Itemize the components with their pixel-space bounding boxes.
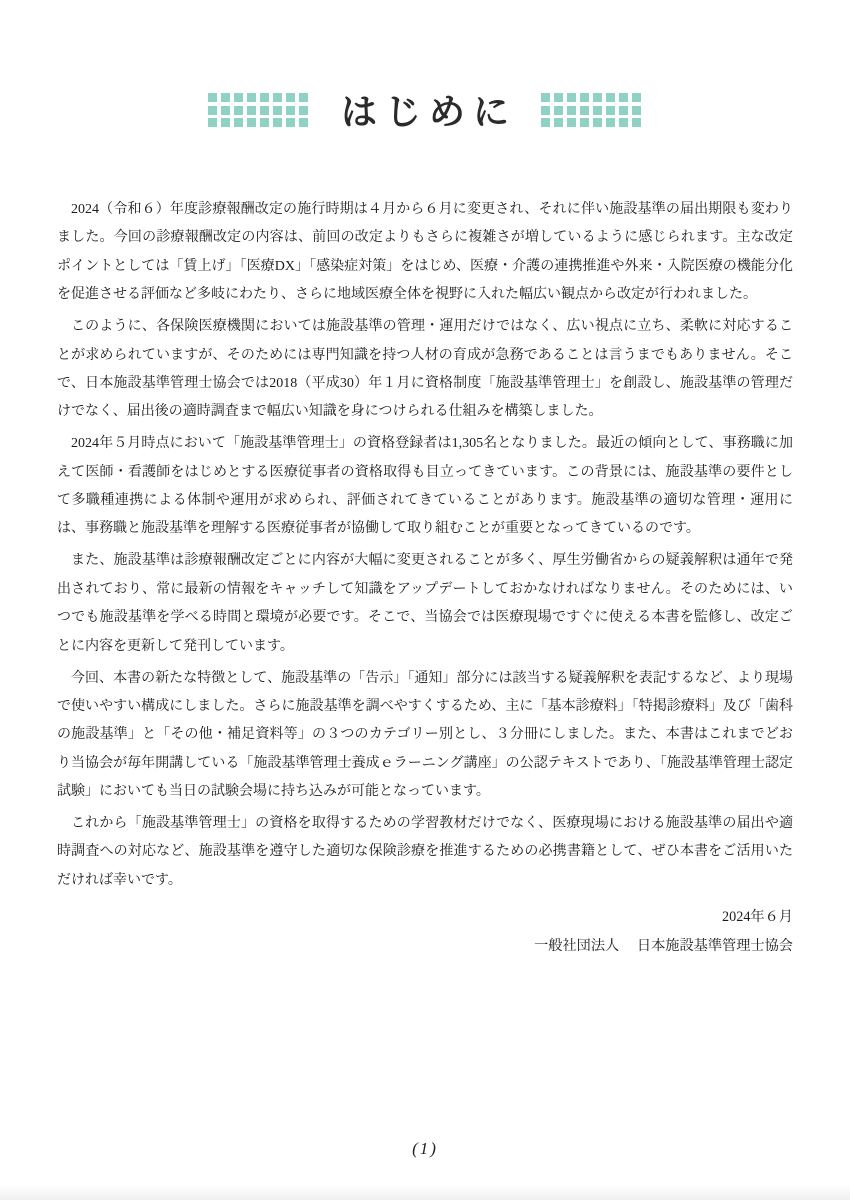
dot — [593, 106, 602, 115]
dot — [632, 118, 641, 127]
page-title: はじめに — [0, 89, 850, 135]
page-number: (1) — [0, 1139, 850, 1159]
dot — [606, 106, 615, 115]
dot — [632, 93, 641, 102]
body-text: 2024（令和６）年度診療報酬改定の施行時期は４月から６月に変更され、それに伴い… — [57, 196, 793, 960]
dot — [606, 118, 615, 127]
dot — [554, 118, 563, 127]
dot — [619, 93, 628, 102]
dot — [541, 93, 550, 102]
dot — [580, 93, 589, 102]
paragraph-2: このように、各保険医療機関においては施設基準の管理・運用だけではなく、広い視点に… — [57, 313, 793, 427]
dot — [593, 118, 602, 127]
dot — [567, 118, 576, 127]
paragraph-3: 2024年５月時点において「施設基準管理士」の資格登録者は1,305名となりまし… — [57, 430, 793, 544]
dot — [567, 93, 576, 102]
paragraph-6: これから「施設基準管理士」の資格を取得するための学習教材だけでなく、医療現場にお… — [57, 810, 793, 895]
dot — [632, 106, 641, 115]
dot — [541, 118, 550, 127]
dot — [619, 106, 628, 115]
signature-date: 2024年６月 — [57, 903, 793, 931]
dot — [606, 93, 615, 102]
decorative-dots-right — [541, 93, 641, 127]
dot — [580, 118, 589, 127]
dot — [567, 106, 576, 115]
dot — [554, 93, 563, 102]
paragraph-4: また、施設基準は診療報酬改定ごとに内容が大幅に変更されることが多く、厚生労働省か… — [57, 547, 793, 661]
dot — [619, 118, 628, 127]
preface-page: はじめに 2024（令和６）年度診療報酬改定の施行時期は４月から６月に変更され、… — [0, 0, 850, 1200]
signature-organization: 一般社団法人 日本施設基準管理士協会 — [57, 932, 793, 960]
scan-edge-shadow — [0, 1184, 850, 1200]
dot — [580, 106, 589, 115]
dot — [554, 106, 563, 115]
paragraph-1: 2024（令和６）年度診療報酬改定の施行時期は４月から６月に変更され、それに伴い… — [57, 196, 793, 310]
signature-block: 2024年６月 一般社団法人 日本施設基準管理士協会 — [57, 903, 793, 960]
dot — [593, 93, 602, 102]
dot — [541, 106, 550, 115]
paragraph-5: 今回、本書の新たな特徴として、施設基準の「告示」「通知」部分には該当する疑義解釈… — [57, 665, 793, 807]
